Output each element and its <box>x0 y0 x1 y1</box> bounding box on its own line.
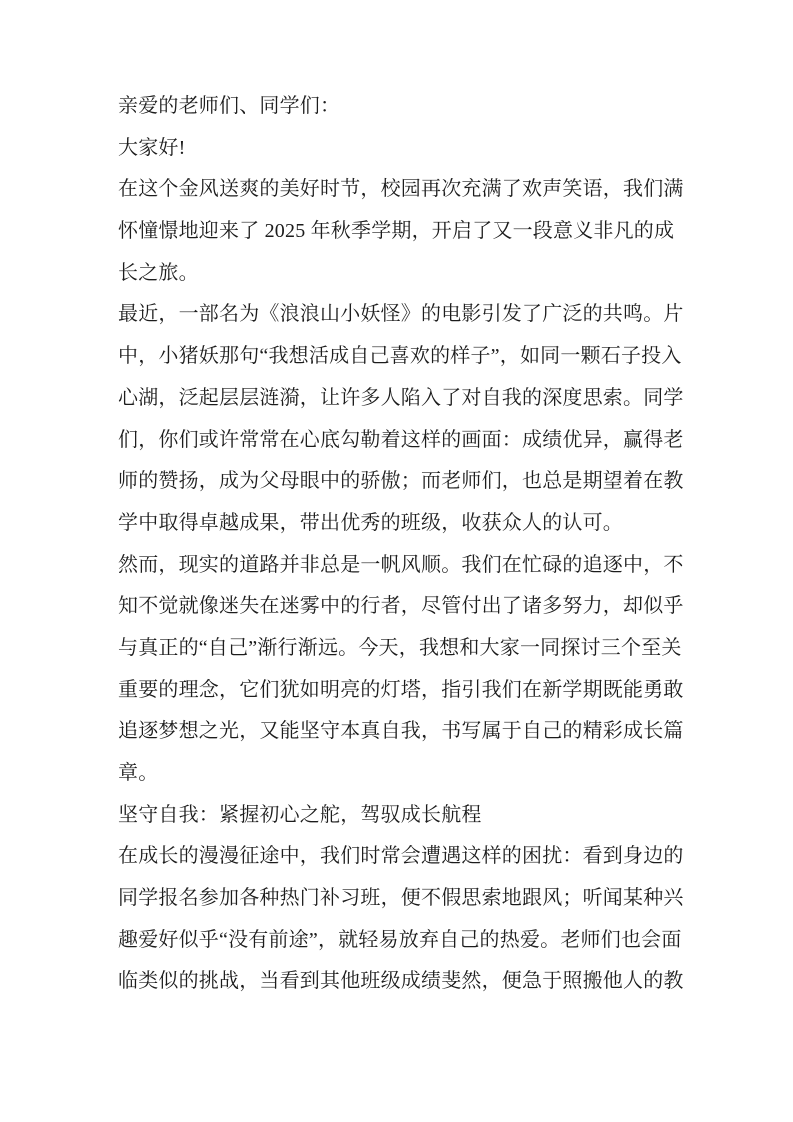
paragraph-reality-line: 重要的理念，它们犹如明亮的灯塔，指引我们在新学期既能勇敢 <box>118 670 678 712</box>
paragraph-reality-line: 知不觉就像迷失在迷雾中的行者，尽管付出了诸多努力，却似乎 <box>118 586 678 628</box>
paragraph-movie-line: 心湖，泛起层层涟漪，让许多人陷入了对自我的深度思索。同学 <box>118 378 678 420</box>
paragraph-opening-line: 在这个金风送爽的美好时节，校园再次充满了欢声笑语，我们满 <box>118 169 678 211</box>
paragraph-movie-line: 们，你们或许常常在心底勾勒着这样的画面：成绩优异，赢得老 <box>118 420 678 462</box>
paragraph-movie-line: 中，小猪妖那句“我想活成自己喜欢的样子”，如同一颗石子投入 <box>118 336 678 378</box>
paragraph-reality-line: 与真正的“自己”渐行渐远。今天，我想和大家一同探讨三个至关 <box>118 628 678 670</box>
paragraph-opening-line: 长之旅。 <box>118 253 678 295</box>
paragraph-movie-line: 最近，一部名为《浪浪山小妖怪》的电影引发了广泛的共鸣。片 <box>118 294 678 336</box>
paragraph-reality-line: 章。 <box>118 753 678 795</box>
paragraph-movie-line: 师的赞扬，成为父母眼中的骄傲；而老师们，也总是期望着在教 <box>118 461 678 503</box>
paragraph-growth-line: 趣爱好似乎“没有前途”，就轻易放弃自己的热爱。老师们也会面 <box>118 920 678 962</box>
section-heading: 坚守自我：紧握初心之舵，驾驭成长航程 <box>118 795 678 837</box>
paragraph-movie-line: 学中取得卓越成果，带出优秀的班级，收获众人的认可。 <box>118 503 678 545</box>
greeting-line: 大家好! <box>118 128 678 170</box>
paragraph-growth-line: 临类似的挑战，当看到其他班级成绩斐然，便急于照搬他人的教 <box>118 961 678 1003</box>
paragraph-reality-line: 追逐梦想之光，又能坚守本真自我，书写属于自己的精彩成长篇 <box>118 711 678 753</box>
paragraph-opening-line: 怀憧憬地迎来了 2025 年秋季学期，开启了又一段意义非凡的成 <box>118 211 678 253</box>
document-body: 亲爱的老师们、同学们： 大家好! 在这个金风送爽的美好时节，校园再次充满了欢声笑… <box>118 86 678 1003</box>
paragraph-growth-line: 在成长的漫漫征途中，我们时常会遭遇这样的困扰：看到身边的 <box>118 836 678 878</box>
salutation-line: 亲爱的老师们、同学们： <box>118 86 678 128</box>
paragraph-growth-line: 同学报名参加各种热门补习班，便不假思索地跟风；听闻某种兴 <box>118 878 678 920</box>
document-page: 亲爱的老师们、同学们： 大家好! 在这个金风送爽的美好时节，校园再次充满了欢声笑… <box>0 0 793 1122</box>
paragraph-reality-line: 然而，现实的道路并非总是一帆风顺。我们在忙碌的追逐中，不 <box>118 545 678 587</box>
